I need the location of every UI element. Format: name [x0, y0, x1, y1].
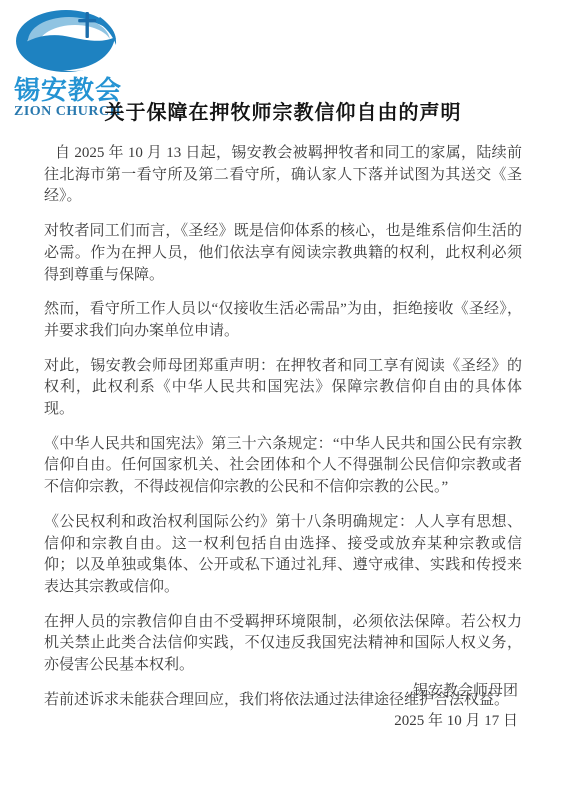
signature: 锡安教会师母团 [394, 680, 518, 702]
paragraph: 《中华人民共和国宪法》第三十六条规定：“中华人民共和国公民有宗教信仰自由。任何国… [44, 434, 522, 499]
document-page: 锡安教会 ZION CHURCH 关于保障在押牧师宗教信仰自由的声明 自 202… [0, 0, 566, 800]
paragraph: 自 2025 年 10 月 13 日起，锡安教会被羁押牧者和同工的家属，陆续前往… [44, 143, 522, 208]
document-title: 关于保障在押牧师宗教信仰自由的声明 [0, 100, 566, 126]
date: 2025 年 10 月 17 日 [394, 710, 518, 732]
signature-block: 锡安教会师母团 2025 年 10 月 17 日 [394, 680, 518, 732]
paragraph: 在押人员的宗教信仰自由不受羁押环境限制，必须依法保障。若公权力机关禁止此类合法信… [44, 612, 522, 677]
paragraph: 《公民权利和政治权利国际公约》第十八条明确规定：人人享有思想、信仰和宗教自由。这… [44, 512, 522, 599]
church-logo-icon [14, 6, 120, 76]
paragraph: 对牧者同工们而言，《圣经》既是信仰体系的核心，也是维系信仰生活的必需。作为在押人… [44, 221, 522, 286]
paragraph: 然而，看守所工作人员以“仅接收生活必需品”为由，拒绝接收《圣经》，并要求我们向办… [44, 299, 522, 342]
letterhead: 锡安教会 ZION CHURCH 关于保障在押牧师宗教信仰自由的声明 [0, 0, 566, 132]
document-body: 自 2025 年 10 月 13 日起，锡安教会被羁押牧者和同工的家属，陆续前往… [44, 143, 522, 724]
paragraph: 对此，锡安教会师母团郑重声明：在押牧者和同工享有阅读《圣经》的权利，此权利系《中… [44, 356, 522, 421]
